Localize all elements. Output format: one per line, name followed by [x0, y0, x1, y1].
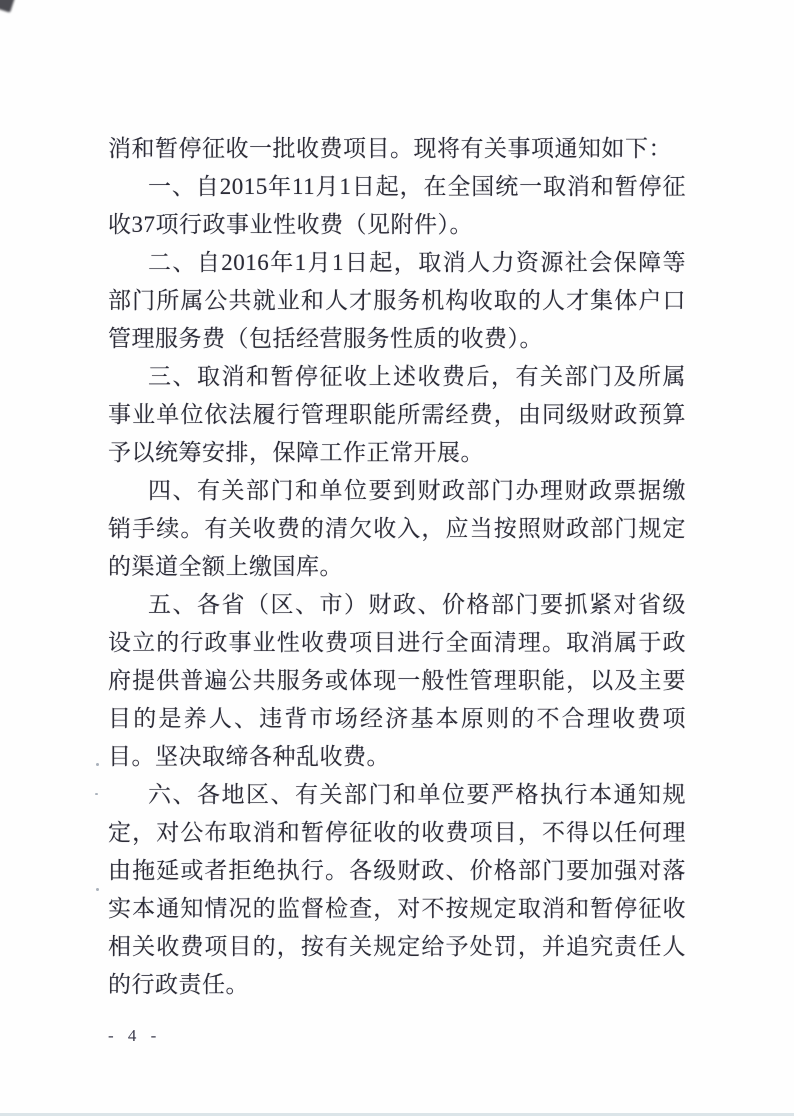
paragraph-item-2: 二、自2016年1月1日起，取消人力资源社会保障等部门所属公共就业和人才服务机构… [108, 244, 686, 358]
scan-bottom-edge [0, 1113, 794, 1116]
scan-speck [95, 793, 98, 795]
paragraph-item-3: 三、取消和暂停征收上述收费后，有关部门及所属事业单位依法履行管理职能所需经费，由… [108, 358, 686, 472]
scan-corner-artifact [0, 0, 15, 13]
page-number: - 4 - [108, 1026, 161, 1046]
paragraph-item-6: 六、各地区、有关部门和单位要严格执行本通知规定，对公布取消和暂停征收的收费项目，… [108, 776, 686, 1004]
paragraph-item-1: 一、自2015年11月1日起，在全国统一取消和暂停征收37项行政事业性收费（见附… [108, 168, 686, 244]
paragraph-item-4: 四、有关部门和单位要到财政部门办理财政票据缴销手续。有关收费的清欠收入，应当按照… [108, 472, 686, 586]
scan-speck [96, 888, 99, 891]
paragraph-item-5: 五、各省（区、市）财政、价格部门要抓紧对省级设立的行政事业性收费项目进行全面清理… [108, 586, 686, 776]
scanned-document-page: 消和暂停征收一批收费项目。现将有关事项通知如下： 一、自2015年11月1日起，… [0, 0, 794, 1120]
document-body: 消和暂停征收一批收费项目。现将有关事项通知如下： 一、自2015年11月1日起，… [108, 130, 686, 1004]
scan-speck [96, 763, 99, 766]
paragraph-continuation: 消和暂停征收一批收费项目。现将有关事项通知如下： [108, 130, 686, 168]
